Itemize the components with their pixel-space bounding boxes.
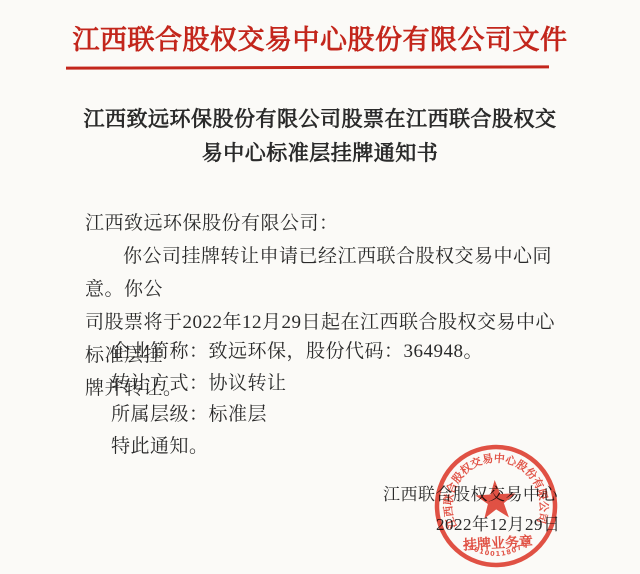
detail-line-transfer-method: 转让方式：协议转让 bbox=[111, 368, 483, 400]
header-rule bbox=[66, 65, 549, 69]
document-header-title: 江西联合股权交易中心股份有限公司文件 bbox=[0, 18, 640, 57]
official-seal: 江西联合股权交易中心股份有限公司 挂牌业务章 3601001180778 bbox=[425, 435, 568, 574]
document-title: 江西致远环保股份有限公司股票在江西联合股权交 易中心标准层挂牌通知书 bbox=[40, 102, 600, 170]
detail-line-short-name: 企业简称：致远环保，股份代码：364948。 bbox=[111, 336, 483, 368]
document-title-line1: 江西致远环保股份有限公司股票在江西联合股权交 bbox=[40, 102, 600, 136]
document-title-line2: 易中心标准层挂牌通知书 bbox=[40, 136, 600, 170]
document-page: 江西联合股权交易中心股份有限公司文件 江西致远环保股份有限公司股票在江西联合股权… bbox=[0, 0, 640, 574]
detail-line-tier: 所属层级：标准层 bbox=[111, 399, 483, 431]
body-line: 你公司挂牌转让申请已经江西联合股权交易中心同意。你公 bbox=[85, 240, 573, 306]
salutation: 江西致远环保股份有限公司： bbox=[85, 208, 339, 235]
seal-star-icon bbox=[475, 479, 517, 519]
